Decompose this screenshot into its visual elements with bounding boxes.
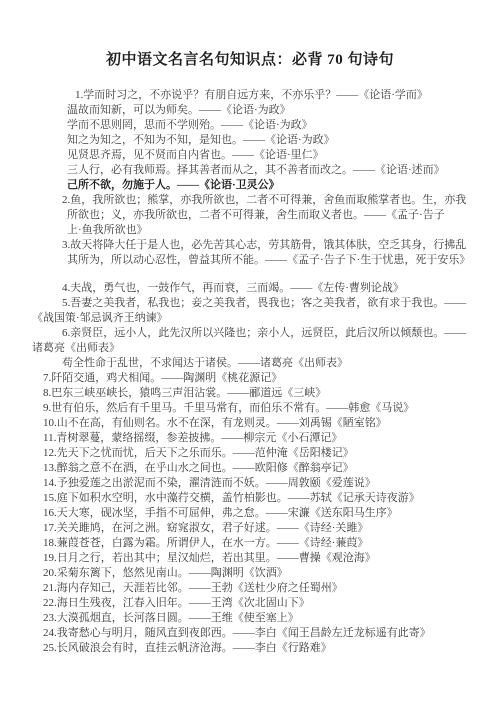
quote-line: 22.海日生残夜，江春入旧年。——王湾《次北固山下》: [30, 596, 494, 611]
quote-line: 学而不思则罔，思而不学则殆。——《论语·为政》: [30, 118, 494, 133]
document-title: 初中语文名言名句知识点：必背 70 句诗句: [0, 50, 500, 70]
quote-line: 21.海内存知己，天涯若比邻。——王勃《送杜少府之任蜀州》: [30, 581, 494, 596]
quote-line: 5.吾妻之美我者，私我也；妾之美我者，畏我也；客之美我者，欲有求于我也。——: [30, 296, 494, 311]
document-page: 初中语文名言名句知识点：必背 70 句诗句 1.学而时习之，不亦说乎？有朋自远方…: [0, 0, 500, 707]
quote-line: 11.青树翠蔓，蒙络摇缀，参差披拂。——柳宗元《小石潭记》: [30, 431, 494, 446]
quote-line: 19.日月之行，若出其中；星汉灿烂，若出其里。——曹操《观沧海》: [30, 551, 494, 566]
quote-line: 2.鱼，我所欲也；熊掌，亦我所欲也，二者不可得兼，舍鱼而取熊掌者也。生，亦我: [30, 193, 494, 208]
quote-line: 13.醉翁之意不在酒，在乎山水之间也。——欧阳修《醉翁亭记》: [30, 461, 494, 476]
quote-line: 7.阡陌交通，鸡犬相闻。——陶渊明《桃花源记》: [30, 371, 494, 386]
quote-line: 诸葛亮《出师表》: [30, 341, 494, 356]
quote-line: 其所为，所以动心忍性，曾益其所不能。——《孟子·告子下·生于忧患，死于安乐》: [30, 253, 494, 268]
quote-line: 15.庭下如积水空明，水中藻荇交横，盖竹柏影也。——苏轼《记承天诗夜游》: [30, 491, 494, 506]
quote-line: 8.巴东三峡巫峡长，猿鸣三声泪沾裳。——郦道远《三峡》: [30, 386, 494, 401]
quote-line: 三人行，必有我师焉。择其善者而从之，其不善者而改之。——《论语·述而》: [30, 163, 494, 178]
quote-line: 10.山不在高，有仙则名。水不在深，有龙则灵。——刘禹锡《陋室铭》: [30, 416, 494, 431]
quote-line: 24.我寄愁心与明月，随风直到夜郎西。——李白《闻王昌龄左迁龙标遥有此寄》: [30, 626, 494, 641]
quote-line: 16.天大寒，砚冰坚，手指不可屈伸，弗之怠。——宋濂《送东阳马生序》: [30, 506, 494, 521]
document-body: 1.学而时习之，不亦说乎？有朋自远方来，不亦乐乎？——《论语·学而》 温故而知新…: [0, 88, 500, 656]
quote-line: 25.长风破浪会有时，直挂云帆济沧海。——李白《行路难》: [30, 641, 494, 656]
quote-line: 见贤思齐焉，见不贤而自内省也。——《论语·里仁》: [30, 148, 494, 163]
quote-line: 18.蒹葭苍苍，白露为霜。所谓伊人，在水一方。——《诗经·蒹葭》: [30, 536, 494, 551]
quote-line: 温故而知新，可以为师矣。——《论语·为政》: [30, 103, 494, 118]
quote-line: 23.大漠孤烟直，长河落日圆。——王维《使至塞上》: [30, 611, 494, 626]
quote-line: 所欲也；义，亦我所欲也，二者不可得兼，舍生而取义者也。——《孟子·告子: [30, 208, 494, 223]
quote-line: 14.予独爱莲之出淤泥而不染，濯清涟而不妖。——周敦颐《爱莲说》: [30, 476, 494, 491]
quote-line: 12.先天下之忧而忧，后天下之乐而乐。——范仲淹《岳阳楼记》: [30, 446, 494, 461]
quote-line: 17.关关雎鸠，在河之洲。窈窕淑女，君子好逑。——《诗经·关雎》: [30, 521, 494, 536]
quote-line: 苟全性命于乱世，不求闻达于诸侯。——诸葛亮《出师表》: [30, 356, 494, 371]
quote-line: 4.夫战，勇气也，一鼓作气，再而衰，三而竭。——《左传·曹刿论战》: [30, 281, 494, 296]
quote-line-emphasis: 己所不欲，勿施于人。——《论语·卫灵公》: [30, 178, 494, 193]
paragraph-gap: [30, 268, 494, 281]
quote-line: 20.采菊东篱下，悠然见南山。——陶渊明《饮酒》: [30, 566, 494, 581]
quote-line: 6.亲贤臣，远小人，此先汉所以兴隆也；亲小人，远贤臣，此后汉所以倾颓也。——: [30, 326, 494, 341]
quote-line: 3.故天将降大任于是人也，必先苦其心志，劳其筋骨，饿其体肤，空乏其身，行拂乱: [30, 238, 494, 253]
quote-line: 9.世有伯乐，然后有千里马。千里马常有，而伯乐不常有。——韩愈《马说》: [30, 401, 494, 416]
quote-line: 上·鱼我所欲也》: [30, 223, 494, 238]
quote-line: 知之为知之，不知为不知，是知也。——《论语·为政》: [30, 133, 494, 148]
quote-line: 《战国策·邹忌讽齐王纳谏》: [30, 311, 494, 326]
quote-line: 1.学而时习之，不亦说乎？有朋自远方来，不亦乐乎？——《论语·学而》: [30, 88, 494, 103]
